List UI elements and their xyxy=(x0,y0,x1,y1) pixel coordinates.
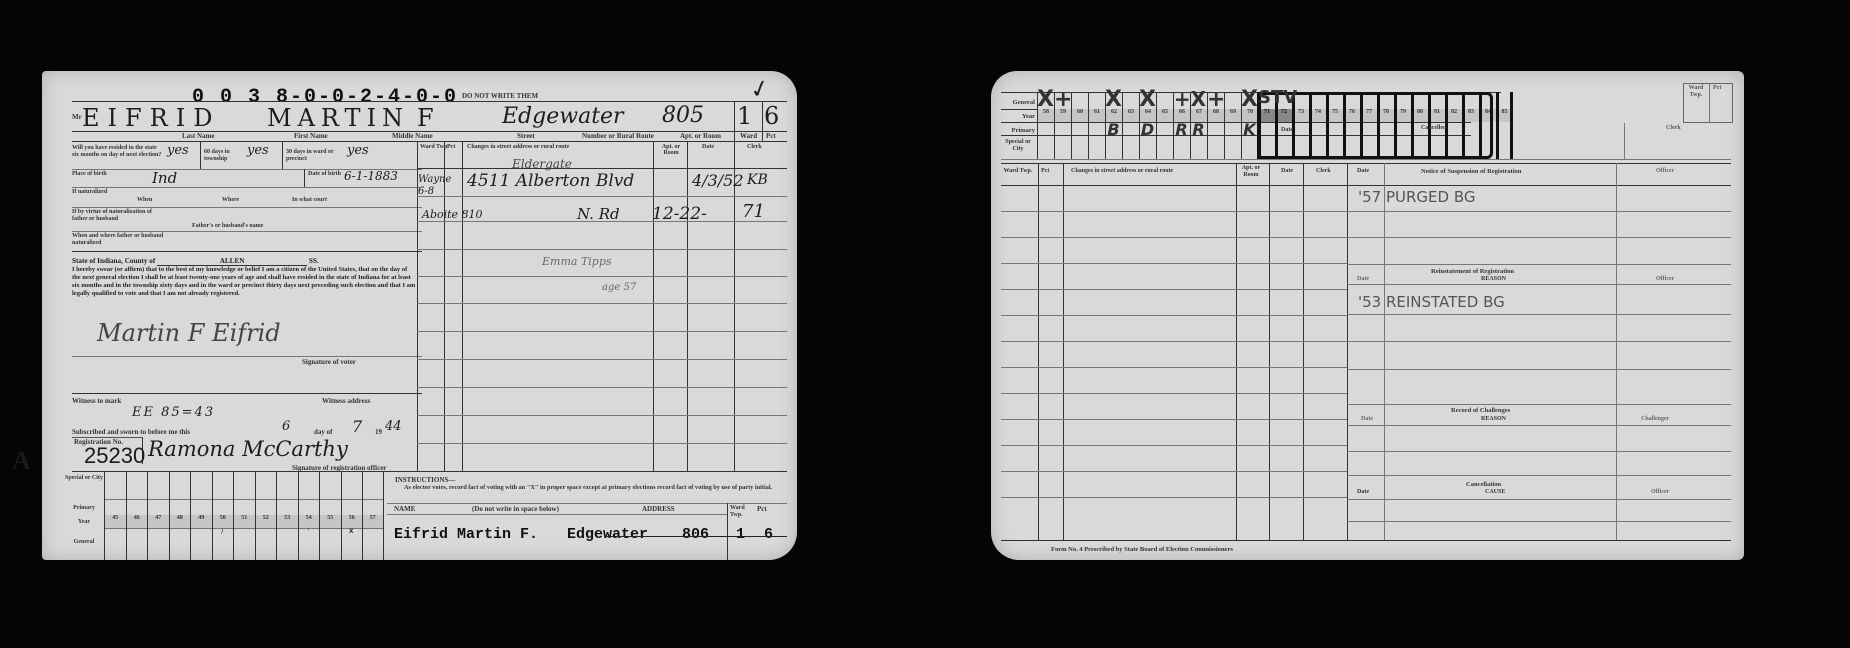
reinstatement-reason-header: REASON xyxy=(1481,276,1506,282)
ward-residency-value: yes xyxy=(347,143,369,158)
subscribed-year: 44 xyxy=(385,419,402,434)
ward-label: Ward xyxy=(740,132,757,140)
front-year-cell: 49 xyxy=(190,515,212,528)
name-prefix: Mr xyxy=(72,113,82,121)
subscribed-label: Subscribed and sworn to before me this xyxy=(72,428,190,436)
back-address-header: Changes in street address or rural route xyxy=(1071,168,1173,174)
back-pct-label: Pct xyxy=(1713,85,1721,91)
last-name-label: Last Name xyxy=(182,132,214,140)
parent-naturalization-label: If by virtue of naturalization of father… xyxy=(72,209,162,223)
registration-letter: A xyxy=(12,446,31,476)
front-year-cell: 51 xyxy=(233,515,255,528)
precinct-number: 6 xyxy=(764,102,779,130)
front-year-cell: 46 xyxy=(126,515,148,528)
cancellation-title: Cancellation xyxy=(1466,481,1501,488)
back-clerk-header: Clerk xyxy=(1316,168,1331,174)
typed-name: Eifrid Martin F. xyxy=(394,526,538,543)
footer-pct-label: Pct xyxy=(757,505,767,513)
front-note-1: age 57 xyxy=(602,282,636,293)
front-apt-header: Apt. or Room xyxy=(656,144,686,156)
front-special-label: Special or City xyxy=(64,475,104,482)
back-pct-header: Pct xyxy=(1041,168,1049,174)
front-general-label: General xyxy=(64,539,104,545)
front-address-row-0: Eldergate xyxy=(512,157,572,171)
front-address-header: Changes in street address or rural route xyxy=(467,144,647,150)
challenges-date-header: Date xyxy=(1361,416,1373,422)
pct-label: Pct xyxy=(766,132,776,140)
ward-residency-label: 30 days in ward or precinct xyxy=(286,149,346,163)
instructions-title: INSTRUCTIONS— xyxy=(395,476,455,484)
street-label: Street xyxy=(517,132,535,140)
back-clerk-label: Clerk xyxy=(1666,125,1681,131)
apt-label: Apt. or Room xyxy=(680,132,721,140)
number-label: Number or Rural Route xyxy=(582,132,654,140)
typed-pct: 6 xyxy=(764,526,773,543)
back-special-label: Special or City xyxy=(1001,139,1035,153)
cancellation-cause-header: CAUSE xyxy=(1485,489,1505,495)
back-year-label: Year xyxy=(1001,113,1035,120)
form-footer: Form No. 4 Prescribed by State Board of … xyxy=(1051,546,1233,553)
back-date-header: Date xyxy=(1281,168,1293,174)
back-ward-label: Ward Twp. xyxy=(1685,85,1707,99)
birthplace-value: Ind xyxy=(152,169,177,187)
reinstatement-date-header: Date xyxy=(1357,276,1369,282)
front-date-header: Date xyxy=(702,144,714,150)
challenges-challenger-header: Challenger xyxy=(1641,416,1669,422)
reinstatement-entry: '53 REINSTATED BG xyxy=(1358,293,1505,311)
voter-signature-label: Signature of voter xyxy=(302,358,356,366)
back-primary-row: B D R R K xyxy=(1037,122,1258,142)
footer-ward-label: Ward Twp. xyxy=(730,505,752,519)
voter-registration-card-front: 0 0 3 8-0-0-2-4-0-0 DO NOT WRITE THEM ✓ … xyxy=(42,71,797,560)
year-prefix: 19 xyxy=(375,428,382,436)
birthdate-value: 6-1-1883 xyxy=(344,169,398,183)
township-residency-value: yes xyxy=(247,143,269,158)
front-date-row-2: 12-22- xyxy=(652,204,707,224)
cancellation-date-header: Date xyxy=(1357,489,1369,495)
front-clerk-row-1: KB xyxy=(747,172,768,188)
front-year-cell: 57 xyxy=(362,515,384,528)
typed-ward: 1 xyxy=(736,526,745,543)
front-address-row-2: N. Rd xyxy=(577,205,620,223)
footer-address-label: ADDRESS xyxy=(642,505,675,513)
front-year-cell: 48 xyxy=(169,515,191,528)
voter-signature: Martin F Eifrid xyxy=(97,319,281,347)
naturalized-label: If naturalized xyxy=(72,189,107,196)
front-year-cell: 54 xyxy=(298,515,320,528)
suspension-notice-header: Notice of Suspension of Registration xyxy=(1421,168,1521,175)
first-name: MARTIN xyxy=(267,104,409,132)
front-ward-header: Ward Twp xyxy=(420,144,447,150)
front-year-row: 45 46 47 48 49 50 51 52 53 54 55 56 57 xyxy=(104,515,384,528)
front-year-cell: 52 xyxy=(255,515,277,528)
challenges-reason-header: REASON xyxy=(1481,416,1506,422)
footer-name-label: NAME xyxy=(394,505,415,513)
street-name: Edgewater xyxy=(502,104,624,129)
oath-text: I hereby swear (or affirm) that to the b… xyxy=(72,266,417,298)
suspension-date-header: Date xyxy=(1357,168,1369,174)
naturalized-court-label: In what court xyxy=(292,197,327,203)
witness-mark-label: Witness to mark xyxy=(72,397,121,405)
reinstatement-title: Reinstatement of Registration xyxy=(1431,268,1514,275)
registration-number: 25230 xyxy=(84,443,145,469)
naturalized-when-label: When xyxy=(137,197,152,203)
front-clerk-row-2: 71 xyxy=(742,201,765,222)
back-general-label: General xyxy=(1001,99,1035,106)
back-primary-label: Primary xyxy=(1001,127,1035,134)
front-year-cell: 47 xyxy=(147,515,169,528)
front-year-cell: 45 xyxy=(104,515,126,528)
first-name-label: First Name xyxy=(294,132,328,140)
back-ward-header: Ward Twp. xyxy=(1003,168,1033,175)
back-general-row: X + X X +X + X STV xyxy=(1037,89,1298,109)
front-year-cell: 50 xyxy=(212,515,234,528)
oath-county: ALLEN xyxy=(157,257,307,266)
front-general-mark-50: / xyxy=(212,529,234,557)
back-apt-header: Apt. or Room xyxy=(1239,165,1263,178)
front-address-row-1: 4511 Alberton Blvd xyxy=(467,171,634,191)
front-ward-row-2: Aboite 810 xyxy=(422,208,483,221)
front-general-mark-56: X xyxy=(341,529,363,557)
front-pct-header: Pct xyxy=(447,144,455,150)
birthdate-label: Date of birth xyxy=(308,171,343,178)
house-number: 805 xyxy=(662,103,704,128)
front-ward-row-1: Wayne 6-8 xyxy=(418,174,448,198)
typed-street: Edgewater xyxy=(567,526,648,543)
middle-initial: F xyxy=(417,104,434,132)
subscribed-month: 7 xyxy=(352,417,362,436)
day-of-label: day of xyxy=(314,428,332,436)
front-year-cell: 55 xyxy=(319,515,341,528)
front-year-label: Year xyxy=(64,519,104,525)
instructions-text: As elector votes, record fact of voting … xyxy=(404,484,789,491)
officer-signature: Ramona McCarthy xyxy=(148,437,348,461)
naturalized-where-label: Where xyxy=(222,197,239,203)
serial-note: DO NOT WRITE THEM xyxy=(462,92,538,100)
last-name: EIFRID xyxy=(82,104,220,132)
voter-registration-card-back: General Year Primary Special or City 58 … xyxy=(991,71,1744,560)
typed-number: 806 xyxy=(682,526,709,543)
birthplace-label: Place of birth xyxy=(72,171,112,178)
oath-state-label: State of Indiana, County of ALLEN SS. xyxy=(72,257,417,266)
suspension-officer-header: Officer xyxy=(1656,168,1674,174)
front-clerk-header: Clerk xyxy=(747,144,762,150)
front-primary-label: Primary xyxy=(64,505,104,511)
footer-note: (Do not write in space below) xyxy=(472,505,559,513)
father-naturalized-when-label: When and where father or husband natural… xyxy=(72,233,172,247)
father-husband-name-label: Father's or husband's name xyxy=(192,223,263,229)
reinstatement-officer-header: Officer xyxy=(1656,276,1674,282)
middle-name-label: Middle Name xyxy=(392,132,433,140)
subscribed-day: 6 xyxy=(282,419,290,434)
back-date-label: Date xyxy=(1281,127,1293,133)
witness-address-label: Witness address xyxy=(322,397,370,405)
ward-number: 1 xyxy=(737,102,752,130)
challenges-title: Record of Challenges xyxy=(1451,407,1510,414)
cancellation-officer-header: Officer xyxy=(1651,489,1669,495)
front-note-0: Emma Tipps xyxy=(542,255,612,268)
front-date-row-1: 4/3/52 xyxy=(692,171,744,190)
front-year-cell: 53 xyxy=(276,515,298,528)
cancelled-label: Cancelled xyxy=(1421,125,1446,131)
witness-note: EE 85=43 xyxy=(132,405,215,420)
front-general-row: / ' X xyxy=(104,529,384,557)
state-residency-label: Will you have resided in the state six m… xyxy=(72,145,162,159)
front-year-cell: 56 xyxy=(341,515,363,528)
state-residency-value: yes xyxy=(167,143,189,158)
suspension-entry: '57 PURGED BG xyxy=(1358,188,1476,206)
